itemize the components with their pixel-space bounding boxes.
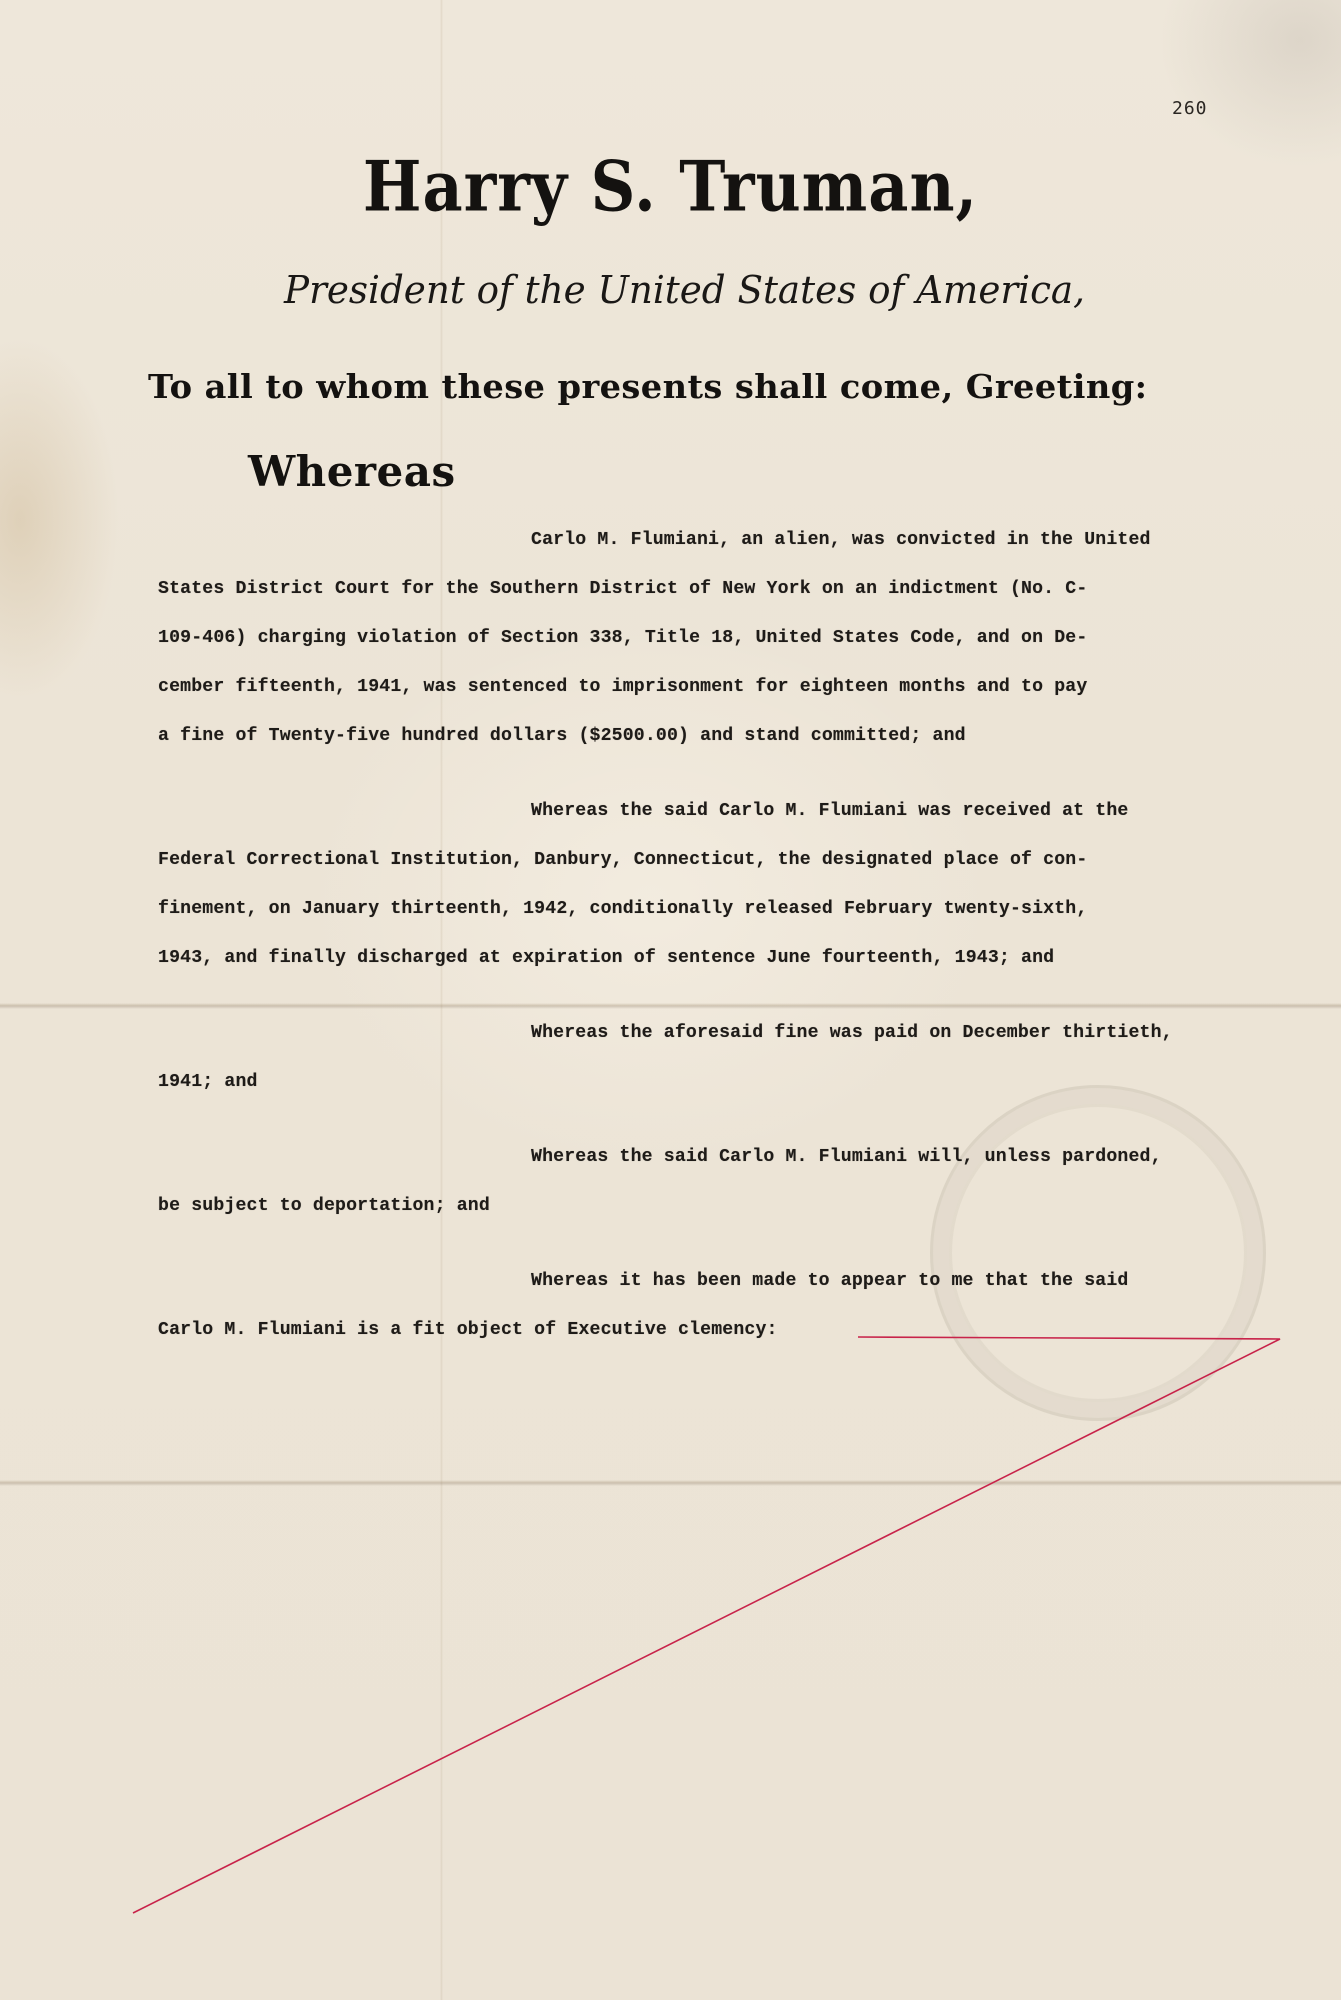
red-cancellation-line xyxy=(0,0,1341,2000)
document-page: 260 Harry S. Truman, President of the Un… xyxy=(0,0,1341,2000)
